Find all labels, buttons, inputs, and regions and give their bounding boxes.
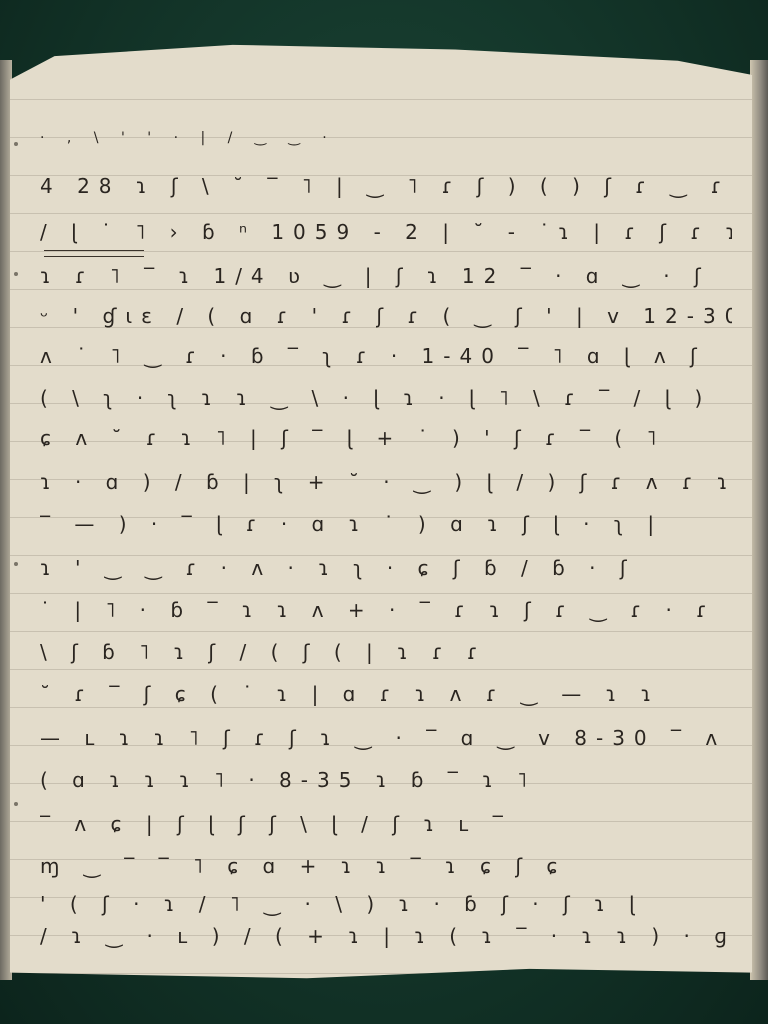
shorthand-line-2: / ɭ ˙ ˥ › ɓ ⁿ 1059 - 2 | ˘ - ˙ɿ | ɾ ʃ ɾ … bbox=[40, 220, 732, 248]
shorthand-line-18: ' ( ʃ · ɿ / ˥ ‿ · \ ) ɿ · ɓ ʃ · ʃ ɿ ɭ bbox=[40, 892, 732, 920]
shorthand-line-16: ‾ ʌ ɕ | ʃ ɭ ʃ ʃ \ ɭ / ʃ ɿ ʟ ‾ bbox=[40, 812, 732, 840]
shorthand-line-17: ɱ ‿ ‾ ‾ ˥ ɕ ɑ + ɿ ɿ ‾ ɿ ɕ ʃ ɕ bbox=[40, 854, 732, 882]
shorthand-line-9: ‾ — ) · ‾ ɭ ɾ · ɑ ɿ ˙ ) ɑ ɿ ʃ ɭ · ʅ | bbox=[40, 512, 732, 540]
date-underline bbox=[44, 250, 144, 257]
shorthand-line-11: ˙ | ˥ · ɓ ‾ ɿ ɿ ʌ + · ‾ ɾ ɿ ʃ ɾ ‿ ɾ · ɾ bbox=[40, 598, 732, 626]
header-shorthand-line: · , \ ' ' · | / ‿ ‿ · bbox=[40, 130, 732, 158]
shorthand-line-15: ( ɑ ɿ ɿ ɿ ˥ · 8-35 ɿ ɓ ‾ ɿ ˥ bbox=[40, 768, 732, 796]
shorthand-line-13: ˘ ɾ ‾ ʃ ɕ ( ˙ ɿ | ɑ ɾ ɿ ʌ ɾ ‿ — ɿ ɿ bbox=[40, 682, 732, 710]
shorthand-line-12: \ ʃ ɓ ˥ ɿ ʃ / ( ʃ ( | ɿ ɾ ɾ bbox=[40, 640, 732, 668]
notebook-right-edge bbox=[750, 60, 768, 980]
shorthand-line-8: ɿ · ɑ ) / ɓ | ʅ + ˘ · ‿ ) ɭ / ) ʃ ɾ ʌ ɾ … bbox=[40, 470, 732, 498]
shorthand-line-7: ɕ ʌ ˘ ɾ ɿ ˥ | ʃ ‾ ɭ + ˙ ) ' ʃ ɾ ‾ ( ˥ bbox=[40, 426, 732, 454]
shorthand-line-4: ᵕ ' ɠɩɛ / ( ɑ ɾ ' ɾ ʃ ɾ ( ‿ ʃ ' | v 12-3… bbox=[40, 304, 732, 332]
shorthand-line-6: ( \ ʅ · ʅ ɿ ɿ ‿ \ · ɭ ɿ · ɭ ˥ \ ɾ ‾ / ɭ … bbox=[40, 386, 732, 414]
shorthand-line-14: — ʟ ɿ ɿ ˥ ʃ ɾ ʃ ɿ ‿ · ‾ ɑ ‿ v 8-30 ‾ ʌ bbox=[40, 726, 732, 754]
shorthand-line-10: ɿ ' ‿ ‿ ɾ · ʌ · ɿ ʅ · ɕ ʃ ɓ / ɓ · ʃ bbox=[40, 556, 732, 584]
shorthand-line-5: ʌ ˙ ˥ ‿ ɾ · ɓ ‾ ʅ ɾ · 1-40 ‾ ˥ ɑ ɭ ʌ ʃ bbox=[40, 344, 732, 372]
notebook-page: · , \ ' ' · | / ‿ ‿ · 4 28 ɿ ʃ \ ˘ ‾ ˥ |… bbox=[10, 42, 752, 982]
shorthand-line-19: / ɿ ‿ · ʟ ) / ( + ɿ | ɿ ( ɿ ‾ · ɿ ɿ ) · … bbox=[40, 924, 732, 952]
shorthand-line-3: ɿ ɾ ˥ ‾ ɿ 1/4 ʋ ‿ | ʃ ɿ 12 ‾ · ɑ ‿ · ʃ bbox=[40, 264, 732, 292]
shorthand-line-1: 4 28 ɿ ʃ \ ˘ ‾ ˥ | ‿ ˥ ɾ ʃ ) ( ) ʃ ɾ ‿ ɾ… bbox=[40, 174, 732, 202]
